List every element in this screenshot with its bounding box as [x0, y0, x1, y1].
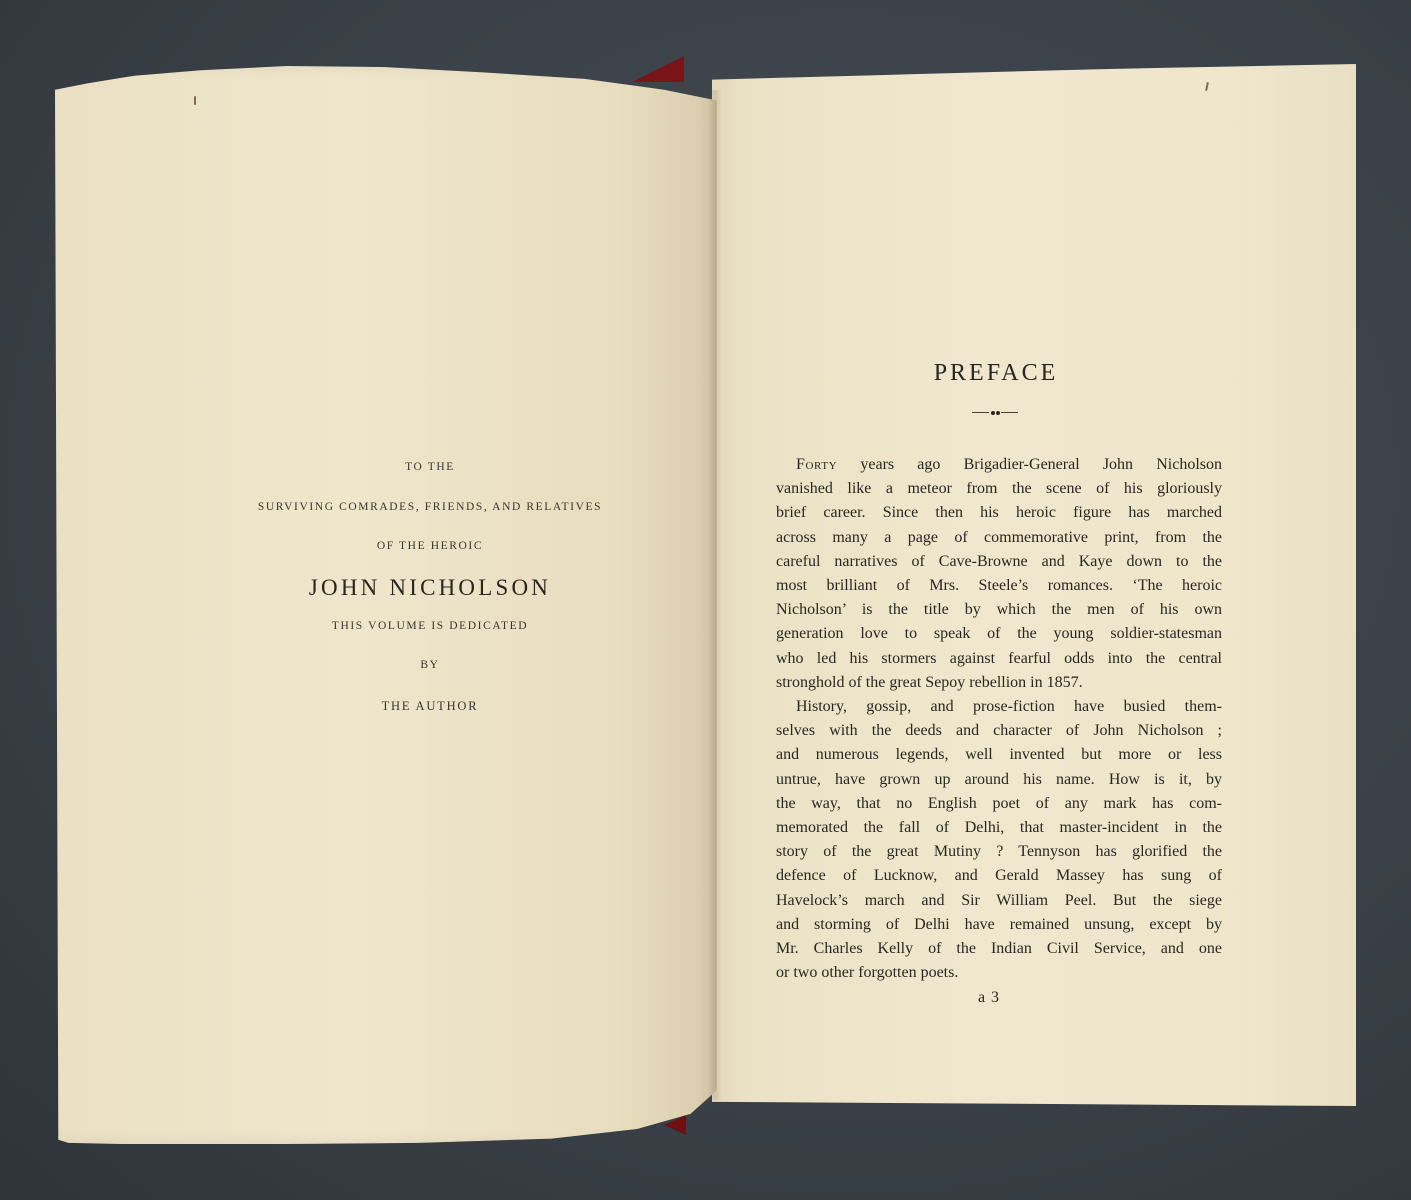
text-line: most brilliant of Mrs. Steele’s romances…: [776, 574, 1222, 598]
book-gutter: [708, 90, 722, 1100]
book-photo-scene: To the Surviving Comrades, Friends, and …: [0, 0, 1411, 1200]
text-line: stronghold of the great Sepoy rebellion …: [776, 671, 1222, 695]
text-line: Forty years ago Brigadier-General John N…: [776, 453, 1222, 477]
signature-mark: a 3: [756, 989, 1222, 1007]
dedication-line-author: The Author: [200, 700, 660, 713]
text-line: untrue, have grown up around his name. H…: [776, 768, 1222, 792]
dedication-name: JOHN NICHOLSON: [200, 575, 660, 601]
text-line: careful narratives of Cave-Browne and Ka…: [776, 550, 1222, 574]
dedication-line-to-the: To the: [200, 462, 660, 474]
ornament-divider-icon: [972, 409, 1018, 417]
text-line: memorated the fall of Delhi, that master…: [776, 816, 1222, 840]
dedication-line-by: By: [200, 660, 660, 672]
text-line: story of the great Mutiny ? Tennyson has…: [776, 840, 1222, 864]
text-line: brief career. Since then his heroic figu…: [776, 501, 1222, 525]
text-line: defence of Lucknow, and Gerald Massey ha…: [776, 864, 1222, 888]
text-line: or two other forgotten poets.: [776, 961, 1222, 985]
text-line: Nicholson’ is the title by which the men…: [776, 598, 1222, 622]
text-line: History, gossip, and prose-fiction have …: [776, 695, 1222, 719]
paper-speck: [194, 96, 196, 105]
preface-paragraph-2: History, gossip, and prose-fiction have …: [776, 695, 1222, 985]
text-line: selves with the deeds and character of J…: [776, 719, 1222, 743]
text-line: generation love to speak of the young so…: [776, 622, 1222, 646]
text-line: across many a page of commemorative prin…: [776, 526, 1222, 550]
preface-section: PREFACE Forty years ago Brigadier-Genera…: [776, 360, 1222, 1007]
text-line: Mr. Charles Kelly of the Indian Civil Se…: [776, 937, 1222, 961]
text-line: Havelock’s march and Sir William Peel. B…: [776, 889, 1222, 913]
binding-edge-top: [632, 56, 684, 82]
text-line: and storming of Delhi have remained unsu…: [776, 913, 1222, 937]
text-line: and numerous legends, well invented but …: [776, 743, 1222, 767]
text-line: the way, that no English poet of any mar…: [776, 792, 1222, 816]
dedication-line-dedicated: This Volume is Dedicated: [200, 621, 660, 633]
text-line: who led his stormers against fearful odd…: [776, 647, 1222, 671]
dedication-block: To the Surviving Comrades, Friends, and …: [200, 458, 660, 712]
dedication-line-heroic: of the Heroic: [200, 541, 660, 553]
dedication-line-comrades: Surviving Comrades, Friends, and Relativ…: [200, 502, 660, 514]
preface-paragraph-1: Forty years ago Brigadier-General John N…: [776, 453, 1222, 695]
preface-title: PREFACE: [770, 360, 1222, 387]
text-line: vanished like a meteor from the scene of…: [776, 477, 1222, 501]
